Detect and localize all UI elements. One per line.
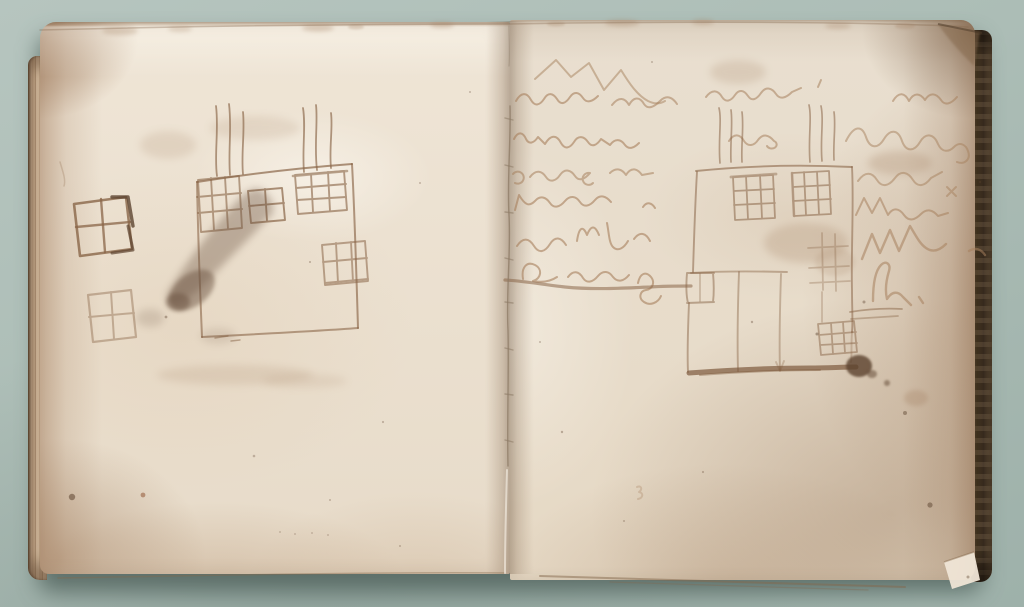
left-page-sketch (60, 104, 368, 342)
paper-haze (140, 60, 932, 406)
corner-fold (938, 24, 982, 66)
chimney-lines-right (719, 105, 835, 163)
binding-thread (505, 26, 513, 573)
lower-right-window (818, 292, 902, 355)
crease-mark (60, 162, 65, 186)
baseline-strokes (689, 367, 856, 375)
corner-flap (944, 552, 980, 589)
open-sketchbook (0, 0, 1024, 607)
handwriting-scrawl (513, 60, 985, 499)
chimney-lines-left (216, 104, 332, 176)
ink-blots (846, 355, 890, 386)
gutter-connector-line (505, 280, 691, 289)
small-window-upper (74, 197, 133, 256)
desk-background (0, 0, 1024, 607)
ink-artwork (0, 0, 1024, 607)
small-window-lower (88, 290, 136, 342)
